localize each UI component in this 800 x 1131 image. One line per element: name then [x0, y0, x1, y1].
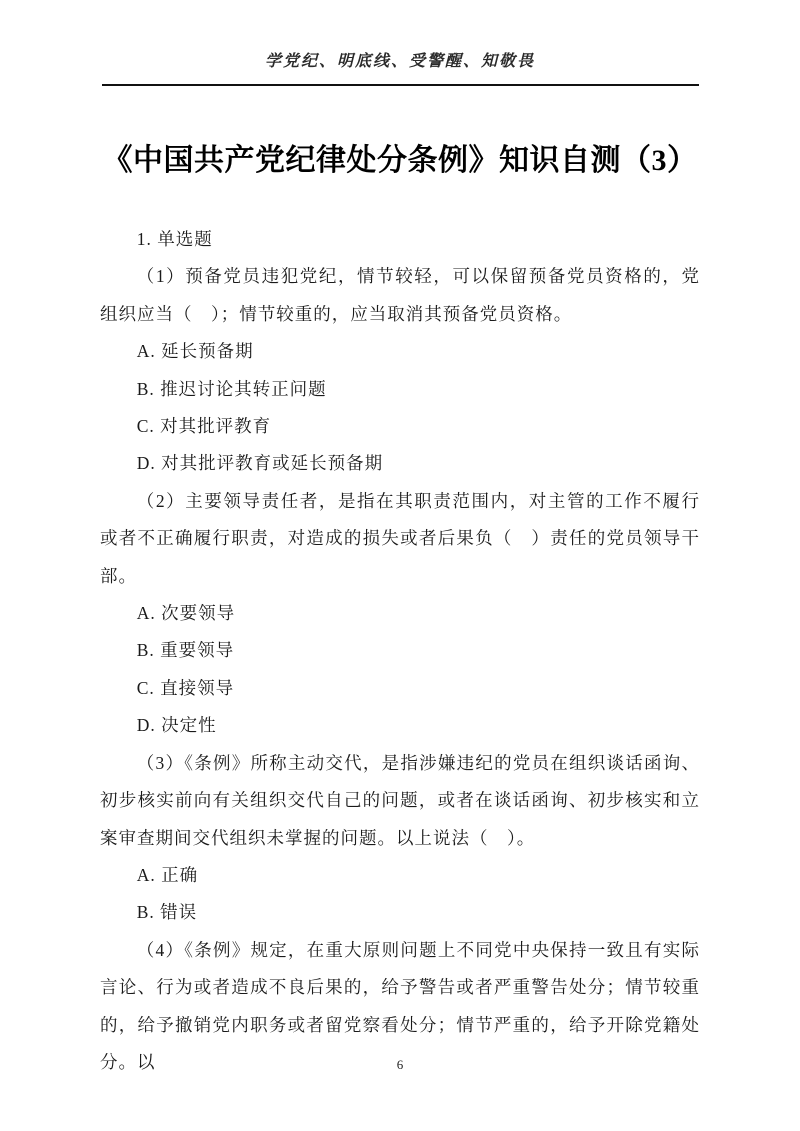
question-2-option-B: B. 重要领导 [100, 632, 700, 669]
question-1-option-A: A. 延长预备期 [100, 333, 700, 370]
question-3-option-A: A. 正确 [100, 857, 700, 894]
question-2-option-D: D. 决定性 [100, 707, 700, 744]
document-page: 学党纪、明底线、受警醒、知敬畏 《中国共产党纪律处分条例》知识自测（3） 1. … [0, 0, 800, 1131]
question-1-option-C: C. 对其批评教育 [100, 408, 700, 445]
header-divider-rule [102, 84, 699, 86]
question-3-stem: （3）《条例》所称主动交代，是指涉嫌违纪的党员在组织谈话函询、初步核实前向有关组… [100, 745, 700, 857]
question-2-option-C: C. 直接领导 [100, 670, 700, 707]
question-2-option-A: A. 次要领导 [100, 595, 700, 632]
page-footer: 6 [0, 1057, 800, 1073]
question-2-stem: （2）主要领导责任者，是指在其职责范围内，对主管的工作不履行或者不正确履行职责，… [100, 483, 700, 595]
header-motto: 学党纪、明底线、受警醒、知敬畏 [100, 0, 700, 71]
question-1-option-B: B. 推迟讨论其转正问题 [100, 371, 700, 408]
question-1-option-D: D. 对其批评教育或延长预备期 [100, 445, 700, 482]
page-content: 学党纪、明底线、受警醒、知敬畏 《中国共产党纪律处分条例》知识自测（3） 1. … [0, 0, 800, 1081]
page-number: 6 [397, 1057, 404, 1072]
quiz-body: 1. 单选题（1）预备党员违犯党纪，情节较轻，可以保留预备党员资格的，党组织应当… [100, 221, 700, 1081]
section-heading: 1. 单选题 [100, 221, 700, 258]
question-3-option-B: B. 错误 [100, 894, 700, 931]
question-1-stem: （1）预备党员违犯党纪，情节较轻，可以保留预备党员资格的，党组织应当（ ）；情节… [100, 258, 700, 333]
document-title: 《中国共产党纪律处分条例》知识自测（3） [100, 138, 700, 184]
